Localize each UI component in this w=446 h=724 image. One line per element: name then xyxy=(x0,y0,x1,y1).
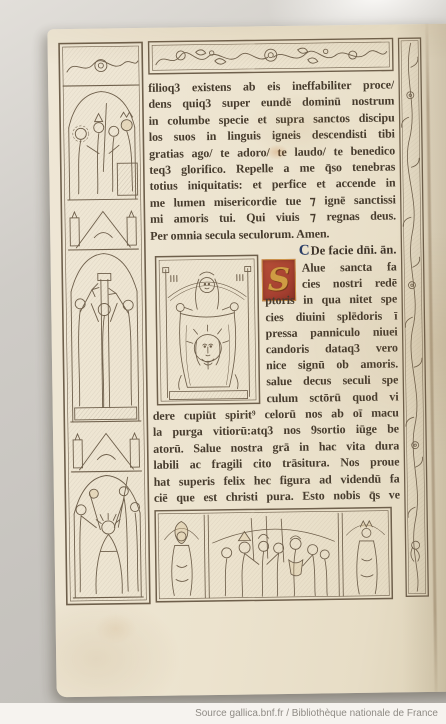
text-line: ciē que est christi pura. Esto nobis q̄s… xyxy=(154,486,400,506)
blue-initial-c: C xyxy=(299,243,309,259)
text-line: Per omnia secula seculorum. Amen. xyxy=(150,224,396,244)
text-line: cies diuini splēdoris ī xyxy=(265,307,397,325)
text-line: Alue sancta fa xyxy=(265,258,397,276)
veronica-veil-woodcut xyxy=(155,254,261,405)
scanned-manuscript-photo: filioq3 existens ab eis ineffabiliter pr… xyxy=(0,0,446,724)
salve-sancta-facies-column: Alue sancta fa cies nostri redē ptoris i… xyxy=(265,258,399,406)
text-line: salue decus seculi spe xyxy=(266,372,398,390)
text-line: candoris dataq3 vero xyxy=(266,339,398,357)
top-frieze-woodcut xyxy=(148,37,394,74)
rubric-text: De facie dn̄i. ān. xyxy=(311,242,397,257)
text-line: nice signū ob amoris. xyxy=(266,356,398,374)
right-floral-border-woodcut xyxy=(397,37,429,597)
gallica-source-caption: Source gallica.bnf.fr / Bibliothèque nat… xyxy=(0,703,446,724)
text-line: ptoris in qua nitet spe xyxy=(265,291,397,309)
text-line: culum sctōrū quod vi xyxy=(266,388,398,406)
left-border-woodcut xyxy=(58,41,152,606)
text-line: pressa panniculo niuei xyxy=(266,323,398,341)
lower-prayer-text: dere cupiūt spirit⁹ celorū nos ab oī mac… xyxy=(153,404,400,506)
main-prayer-text: filioq3 existens ab eis ineffabiliter pr… xyxy=(148,76,396,243)
text-line: cies nostri redē xyxy=(265,275,397,293)
bottom-frieze-woodcut xyxy=(154,507,393,603)
manuscript-page: filioq3 existens ab eis ineffabiliter pr… xyxy=(47,24,446,698)
text-line: mi amoris tui. Qui viuis ⁊ regnas deus. xyxy=(150,208,396,228)
